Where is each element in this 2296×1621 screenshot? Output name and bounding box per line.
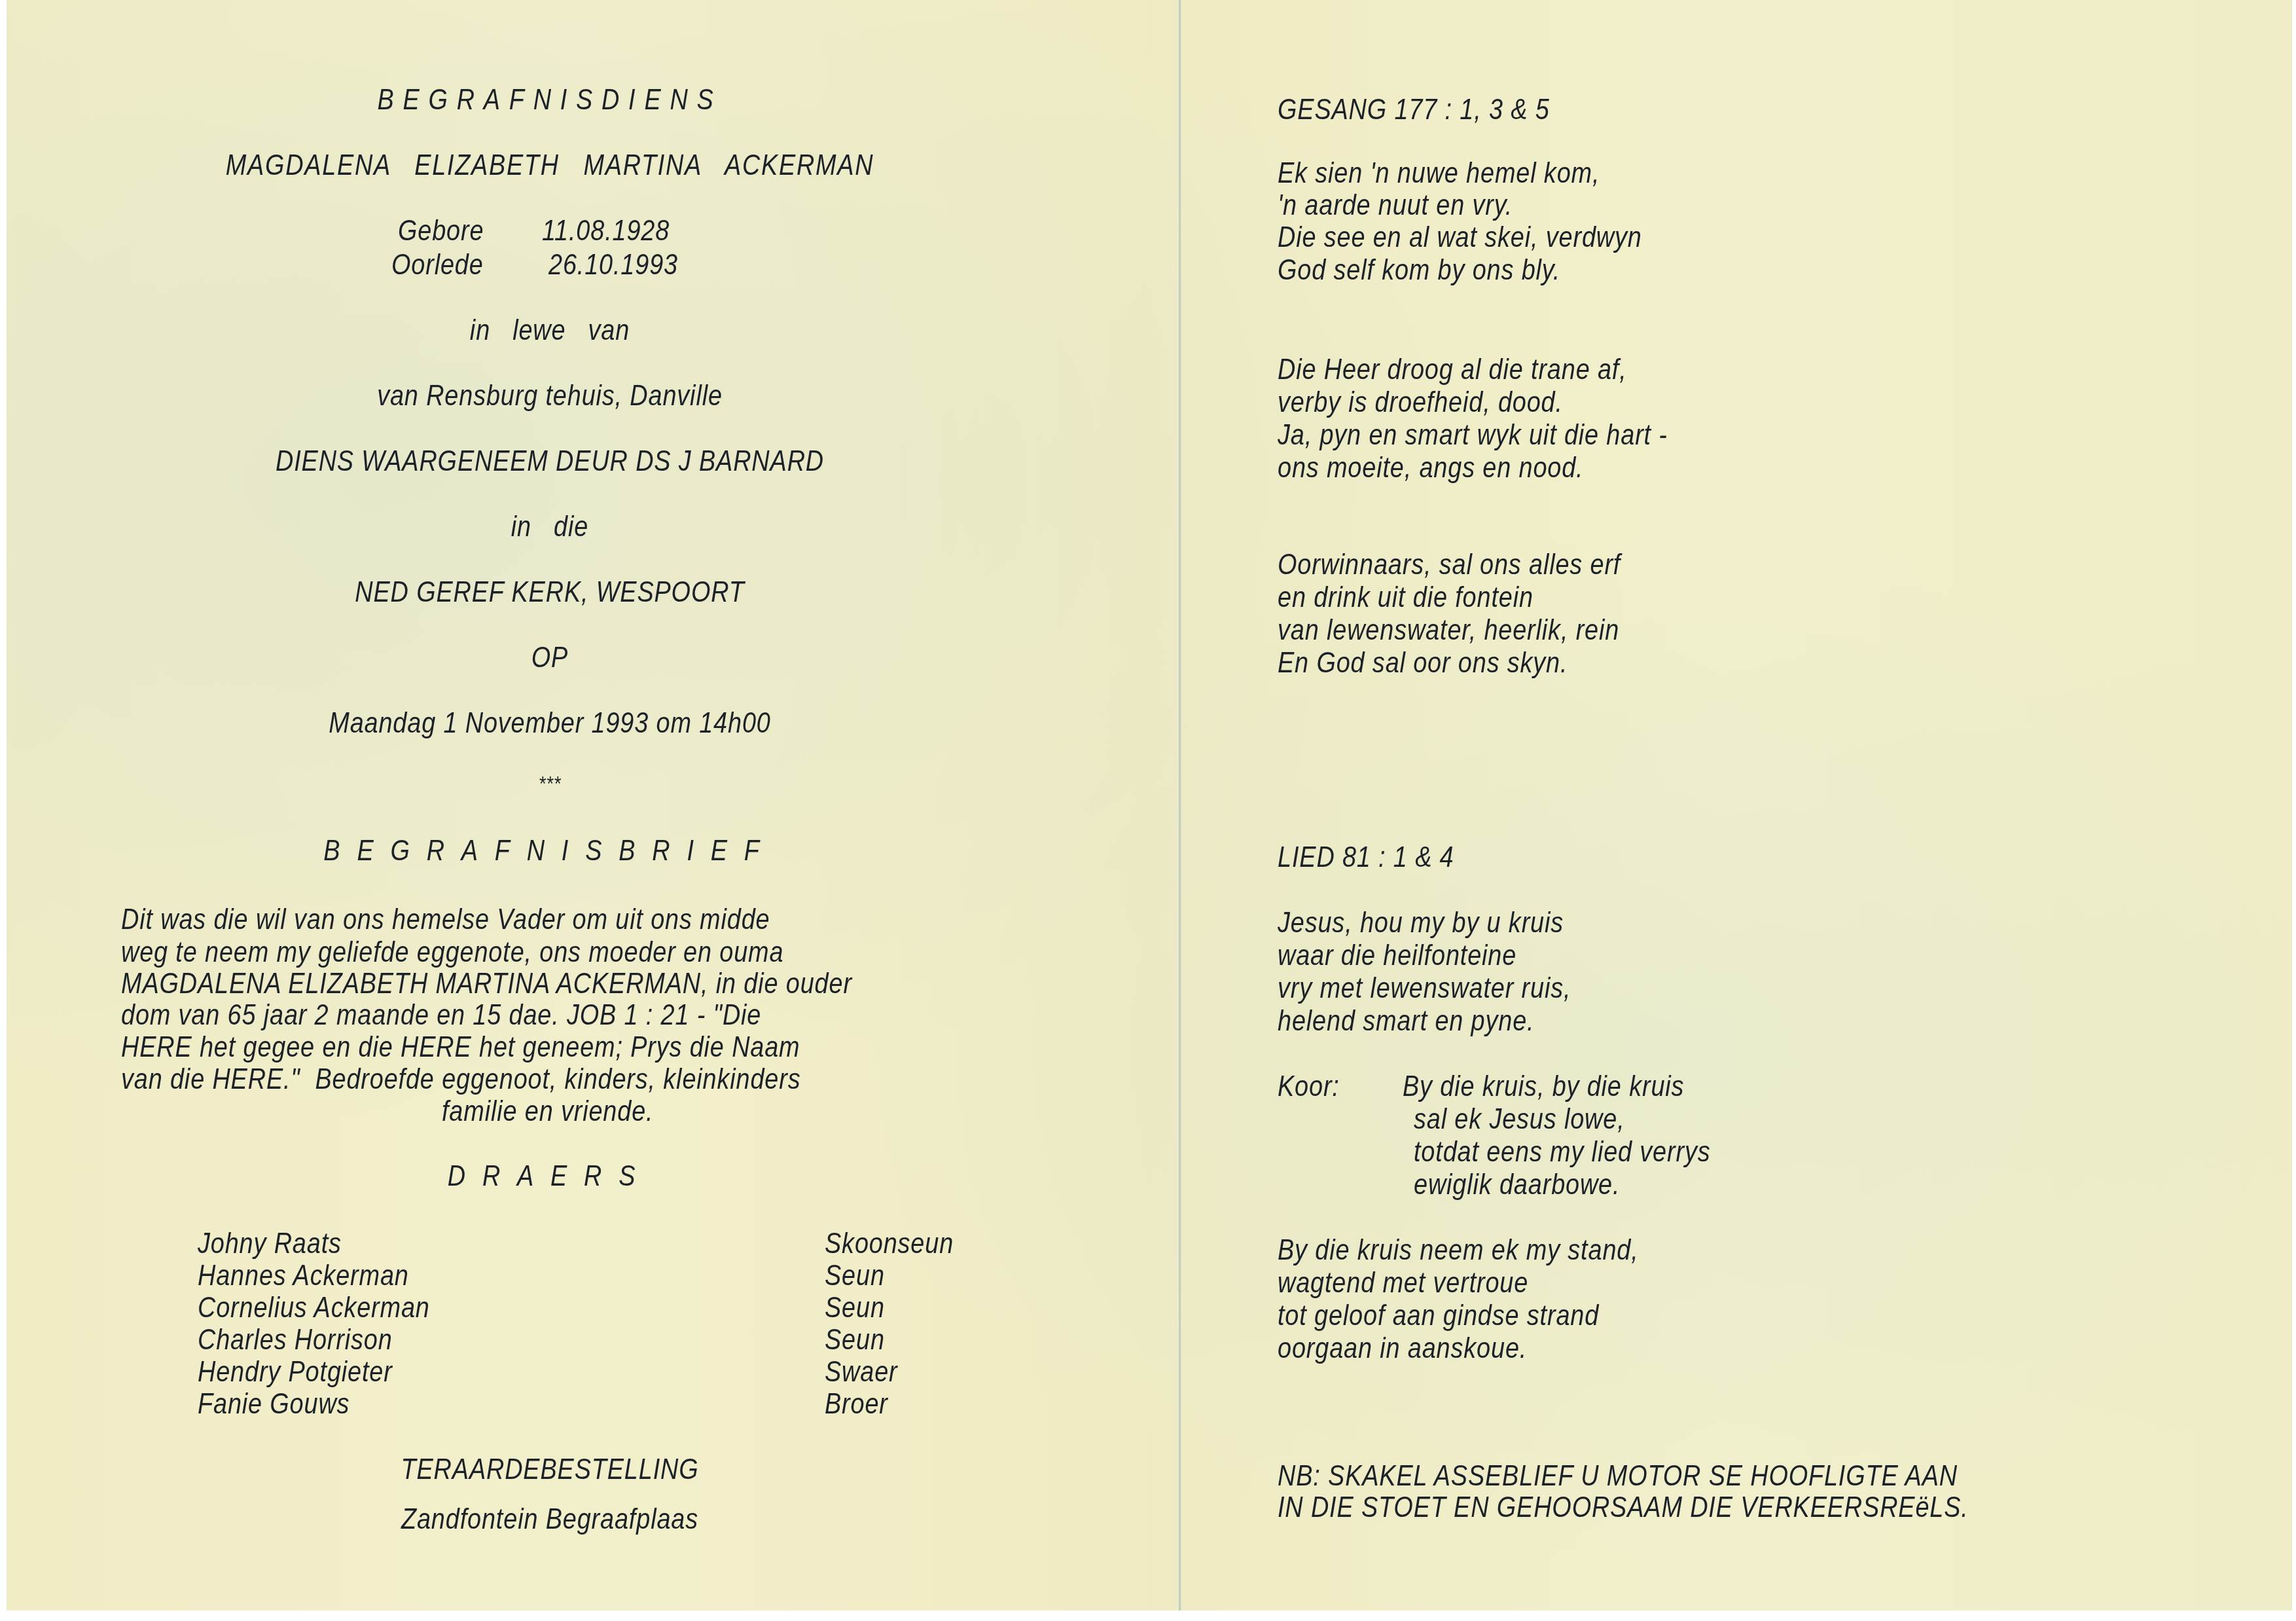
funeral-program-sheet: BEGRAFNISDIENS MAGDALENA ELIZABETH MARTI…: [7, 0, 2292, 1611]
bearer-name: Johny Raats: [198, 1228, 342, 1260]
bearer-name: Charles Horrison: [198, 1324, 393, 1357]
died-label: Oorlede: [391, 249, 484, 282]
in-life-of: in lewe van: [43, 314, 1056, 347]
lyric-line: By die kruis neem ek my stand,: [1278, 1234, 1639, 1267]
bearers-title: DRAERS: [43, 1160, 1056, 1193]
bearer-relation: Seun: [825, 1260, 885, 1292]
lyric-line: tot geloof aan gindse strand: [1278, 1300, 1599, 1332]
letter-line: MAGDALENA ELIZABETH MARTINA ACKERMAN, in…: [121, 968, 852, 1000]
chorus-label: Koor:: [1278, 1070, 1340, 1103]
lyric-line: ons moeite, angs en nood.: [1278, 452, 1583, 484]
lyric-line: 'n aarde nuut en vry.: [1278, 189, 1513, 222]
lyric-line: Oorwinnaars, sal ons alles erf: [1278, 549, 1621, 581]
born-label: Gebore: [398, 215, 484, 247]
hymn1-title: GESANG 177 : 1, 3 & 5: [1278, 94, 1550, 126]
bearer-name: Fanie Gouws: [198, 1388, 350, 1421]
in-the: in die: [43, 511, 1056, 543]
chorus-line: By die kruis, by die kruis: [1403, 1070, 1684, 1103]
letter-title: BEGRAFNISBRIEF: [43, 835, 1056, 867]
bearer-relation: Skoonseun: [825, 1228, 954, 1260]
lyric-line: Die Heer droog al die trane af,: [1278, 354, 1627, 386]
bearer-relation: Broer: [825, 1388, 888, 1421]
bearer-relation: Seun: [825, 1324, 885, 1357]
born-date: 11.08.1928: [542, 215, 670, 247]
lyric-line: wagtend met vertroue: [1278, 1267, 1528, 1300]
service-datetime: Maandag 1 November 1993 om 14h00: [43, 707, 1056, 740]
bearer-relation: Seun: [825, 1292, 885, 1324]
bearer-name: Hannes Ackerman: [198, 1260, 409, 1292]
lyric-line: En God sal oor ons skyn.: [1278, 647, 1568, 680]
church: NED GEREF KERK, WESPOORT: [43, 576, 1056, 609]
chorus-line: ewiglik daarbowe.: [1414, 1169, 1620, 1201]
lyric-line: oorgaan in aanskoue.: [1278, 1332, 1527, 1365]
lyric-line: Die see en al wat skei, verdwyn: [1278, 221, 1642, 254]
cemetery: Zandfontein Begraafplaas: [43, 1503, 1056, 1536]
chorus-line: sal ek Jesus lowe,: [1414, 1103, 1625, 1136]
lyric-line: verby is droefheid, dood.: [1278, 386, 1563, 419]
officiant: DIENS WAARGENEEM DEUR DS J BARNARD: [43, 445, 1056, 478]
letter-line: HERE het gegee en die HERE het geneem; P…: [121, 1031, 800, 1064]
residence: van Rensburg tehuis, Danville: [43, 380, 1056, 412]
hymn2-title: LIED 81 : 1 & 4: [1278, 841, 1454, 874]
letter-line: Dit was die wil van ons hemelse Vader om…: [121, 903, 770, 936]
died-date: 26.10.1993: [548, 249, 678, 282]
lyric-line: en drink uit die fontein: [1278, 581, 1534, 614]
separator: ***: [43, 767, 1056, 800]
lyric-line: Jesus, hou my by u kruis: [1278, 907, 1564, 939]
lyric-line: God self kom by ons bly.: [1278, 254, 1560, 287]
letter-line: weg te neem my geliefde eggenote, ons mo…: [121, 936, 783, 969]
center-fold: [1177, 0, 1183, 1611]
bearer-name: Hendry Potgieter: [198, 1356, 393, 1389]
lyric-line: Ja, pyn en smart wyk uit die hart -: [1278, 419, 1668, 452]
burial-title: TERAARDEBESTELLING: [43, 1453, 1056, 1486]
chorus-line: totdat eens my lied verrys: [1414, 1136, 1711, 1169]
lyric-line: waar die heilfonteine: [1278, 939, 1516, 972]
notice-line: NB: SKAKEL ASSEBLIEF U MOTOR SE HOOFLIGT…: [1278, 1460, 1958, 1493]
bearer-relation: Swaer: [825, 1356, 898, 1389]
lyric-line: van lewenswater, heerlik, rein: [1278, 614, 1619, 647]
bearer-name: Cornelius Ackerman: [198, 1292, 430, 1324]
service-title: BEGRAFNISDIENS: [43, 84, 1056, 117]
lyric-line: helend smart en pyne.: [1278, 1005, 1534, 1038]
lyric-line: vry met lewenswater ruis,: [1278, 972, 1571, 1005]
lyric-line: Ek sien 'n nuwe hemel kom,: [1278, 157, 1600, 190]
letter-line: dom van 65 jaar 2 maande en 15 dae. JOB …: [121, 999, 761, 1032]
deceased-name: MAGDALENA ELIZABETH MARTINA ACKERMAN: [43, 149, 1056, 182]
on-label: OP: [43, 642, 1056, 674]
notice-line: IN DIE STOET EN GEHOORSAAM DIE VERKEERSR…: [1278, 1491, 1969, 1524]
letter-line: van die HERE." Bedroefde eggenoot, kinde…: [121, 1063, 800, 1096]
letter-line: familie en vriende.: [442, 1095, 653, 1128]
